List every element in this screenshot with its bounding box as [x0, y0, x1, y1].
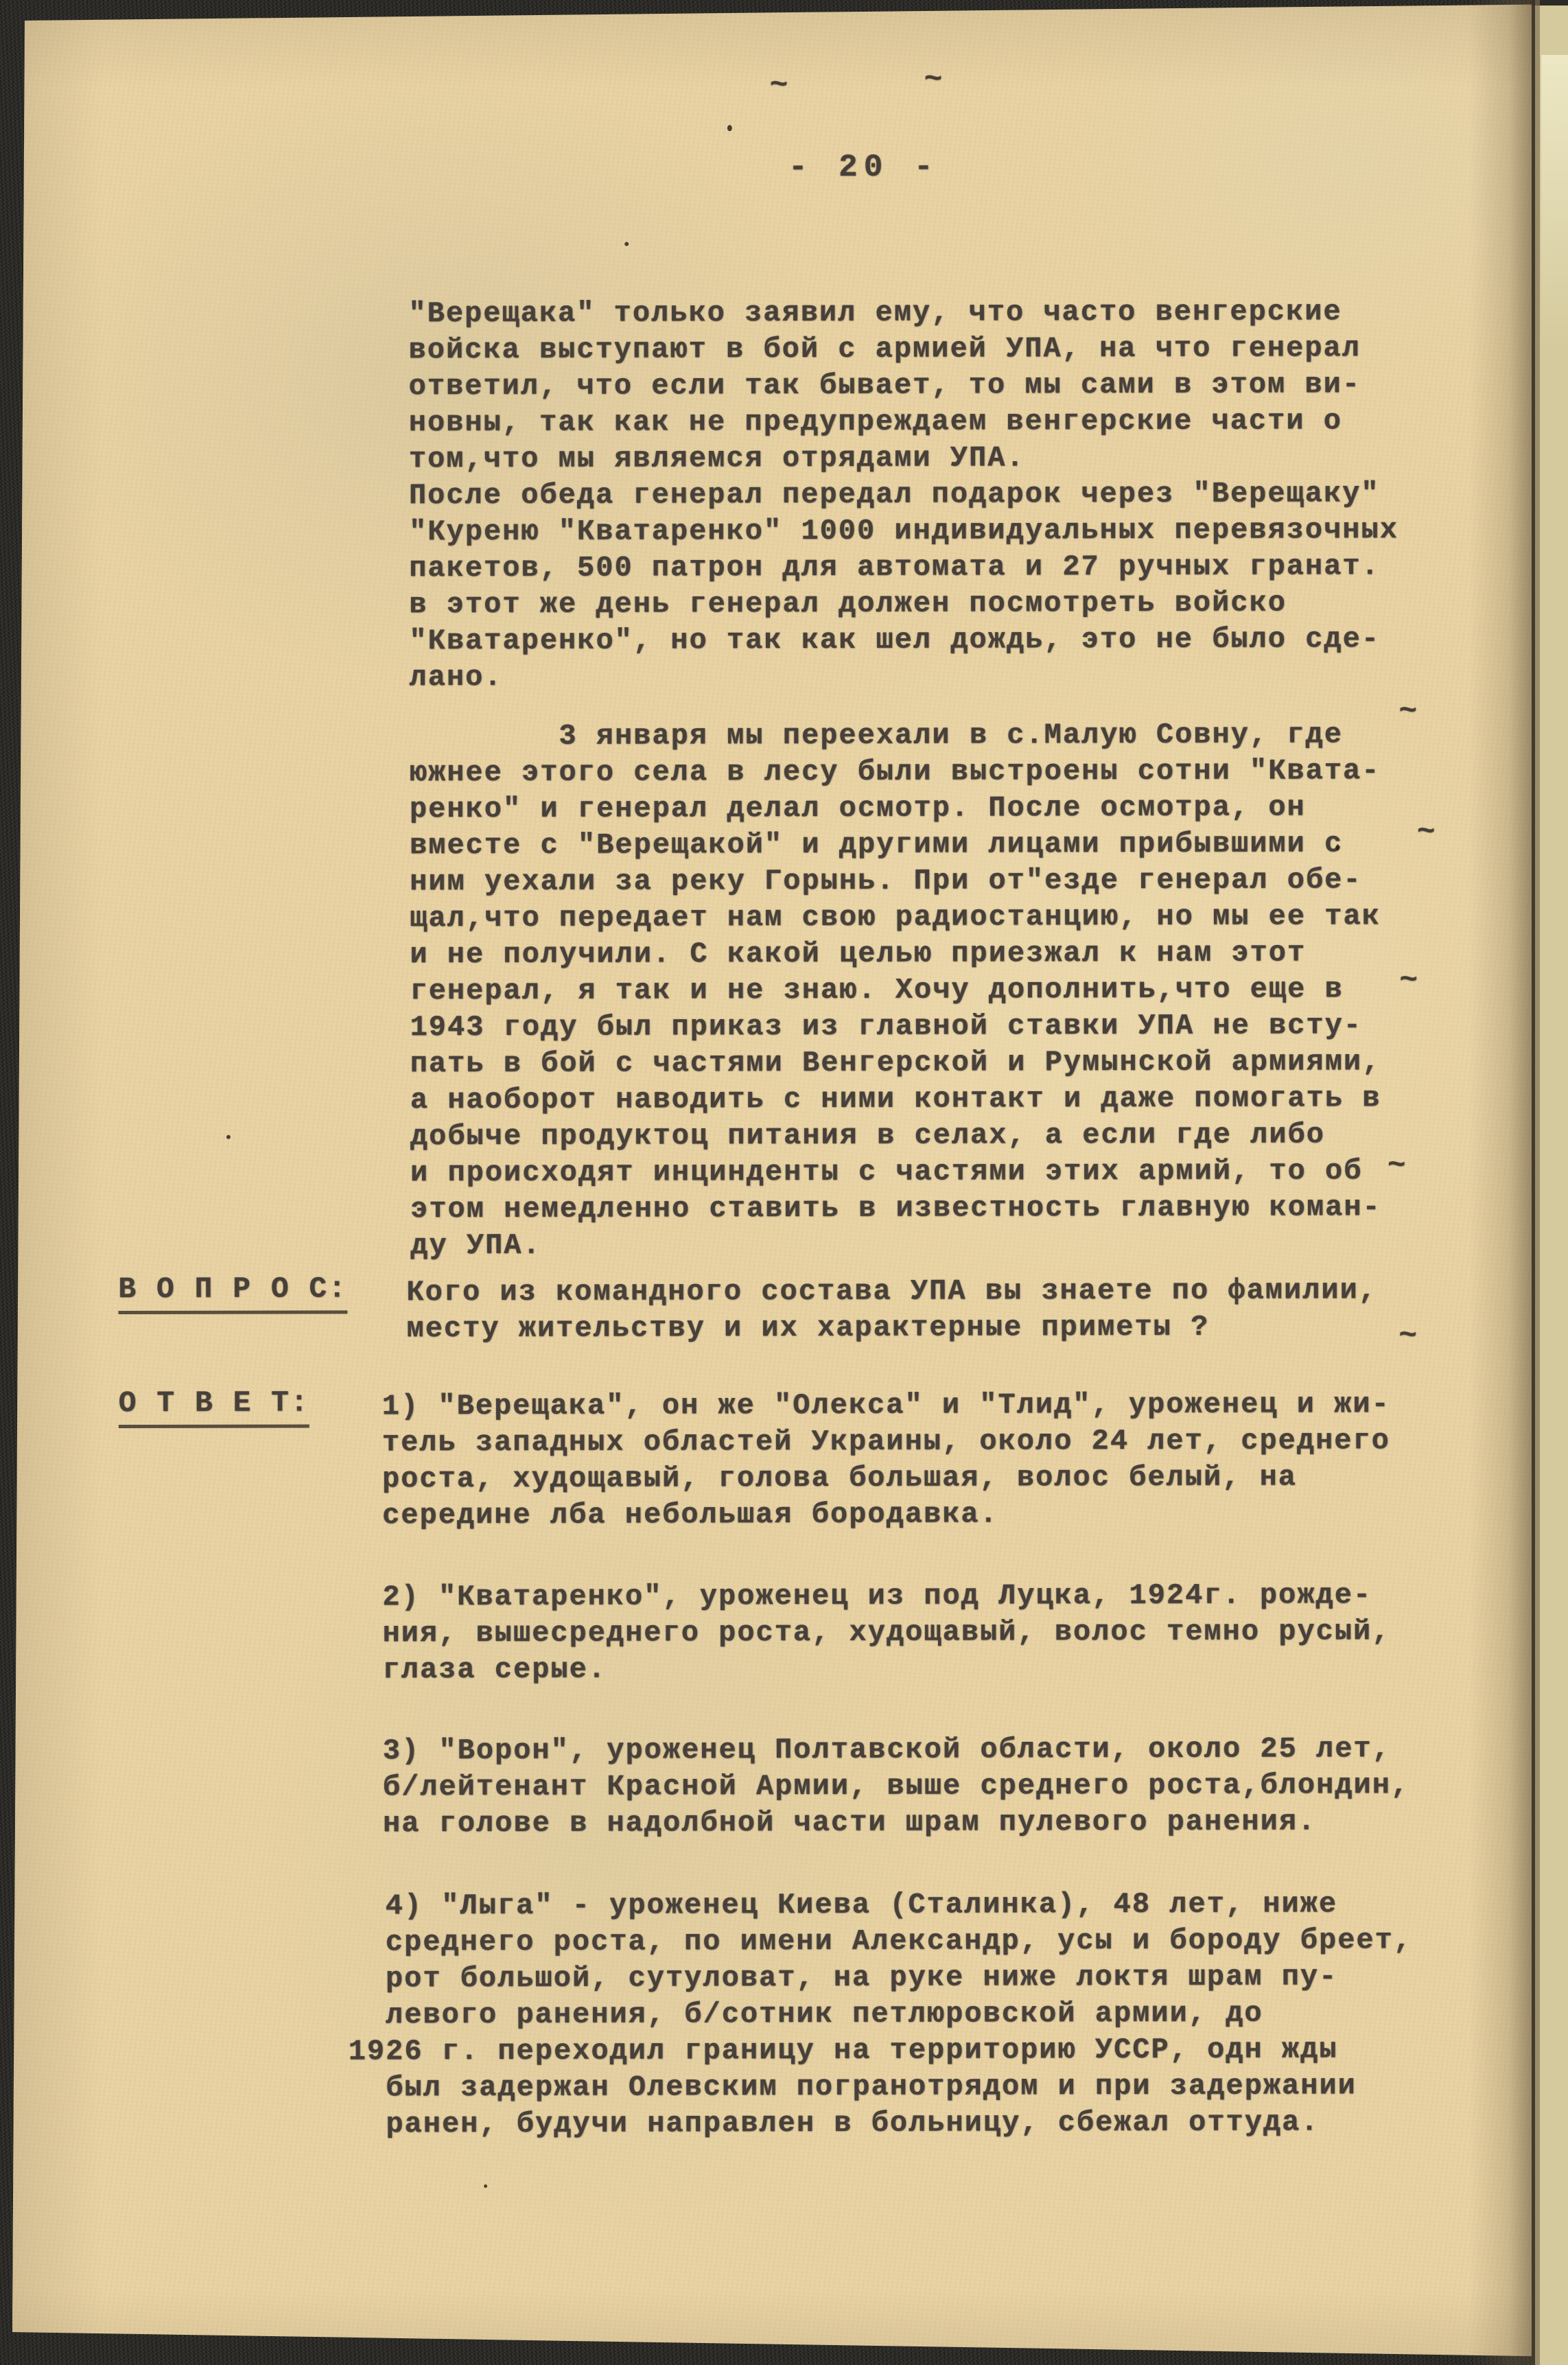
answer-item-2-kvatarenko: 2) "Кватаренко", уроженец из под Луцка, … — [382, 1577, 1390, 1688]
text-line: 3 января мы переехали в с.Малую Совну, г… — [410, 717, 1381, 755]
paragraph-general-gift: После обеда генерал передал подарок чере… — [409, 476, 1399, 696]
page-number: - 20 - — [788, 150, 939, 185]
text-line: и происходят инцинденты с частями этих а… — [410, 1153, 1381, 1191]
text-line: месту жительству и их характерные примет… — [406, 1309, 1377, 1347]
text-line: рот большой, сутуловат, на руке ниже лок… — [348, 1959, 1412, 1997]
text-line: ренко" и генерал делал осмотр. После осм… — [410, 789, 1381, 828]
text-line: лано. — [409, 657, 1399, 696]
text-line: "Кватаренко", но так как шел дождь, это … — [409, 621, 1399, 660]
text-line: войска выступают в бой с армией УПА, на … — [408, 330, 1361, 369]
text-line: ранен, будучи направлен в больницу, сбеж… — [349, 2104, 1413, 2143]
text-line: и не получили. С какой целью приезжал к … — [410, 935, 1381, 973]
text-line: После обеда генерал передал подарок чере… — [409, 476, 1399, 514]
pen-tilde-mark: ~ — [1399, 1319, 1418, 1353]
paper-speck — [624, 242, 629, 246]
text-line: 1943 году был приказ из главной ставки У… — [410, 1007, 1381, 1046]
text-line: левого ранения, б/сотник петлюровской ар… — [349, 1995, 1413, 2034]
text-line: роста, худощавый, голова большая, волос … — [382, 1459, 1390, 1498]
answer-item-3-voron: 3) "Ворон", уроженец Полтавской области,… — [383, 1731, 1410, 1842]
text-line: 1926 г. переходил границу на территорию … — [349, 2031, 1413, 2070]
pen-tilde-mark: ~ — [770, 69, 790, 103]
pen-tilde-mark: ~ — [1388, 1149, 1407, 1183]
text-line: середине лба небольшая бородавка. — [382, 1495, 1390, 1534]
text-line: ния, вышесреднего роста, худощавый, воло… — [382, 1613, 1390, 1652]
text-line: щал,что передает нам свою радиостанцию, … — [410, 898, 1381, 937]
text-line: среднего роста, по имени Александр, усы … — [348, 1922, 1412, 1961]
text-line: южнее этого села в лесу были выстроены с… — [410, 753, 1381, 791]
text-line: ним уехали за реку Горынь. При от"езде г… — [410, 862, 1381, 900]
pen-tilde-mark: ~ — [1399, 695, 1419, 729]
paper-speck — [727, 125, 732, 131]
text-line: в этот же день генерал должен посмотреть… — [409, 585, 1399, 623]
text-line: 3) "Ворон", уроженец Полтавской области,… — [383, 1731, 1409, 1769]
text-line: глаза серые. — [382, 1650, 1390, 1688]
scanned-document: ~ ~ - 20 - "Верещака" только заявил ему,… — [0, 0, 1568, 2365]
text-line: а наоборот наводить с ними контакт и даж… — [410, 1080, 1381, 1119]
text-line: 1) "Верещака", он же "Олекса" и "Тлид", … — [382, 1386, 1390, 1425]
pen-tilde-mark: ~ — [1399, 964, 1419, 998]
text-line: пать в бой с частями Венгерской и Румынс… — [410, 1044, 1381, 1082]
text-line: был задержан Олевским погранотрядом и пр… — [349, 2068, 1413, 2106]
pen-tilde-mark: ~ — [924, 63, 944, 97]
text-line: генерал, я так и не знаю. Хочу дополнить… — [410, 971, 1381, 1010]
paragraph-january-3-inspection: 3 января мы переехали в с.Малую Совну, г… — [410, 717, 1381, 1264]
text-line: б/лейтенант Красной Армии, выше среднего… — [383, 1767, 1409, 1806]
text-line: ду УПА. — [410, 1226, 1381, 1264]
pen-tilde-mark: ~ — [1417, 815, 1437, 850]
question-label: В О П Р О С: — [118, 1272, 347, 1314]
text-line: ответил, что если так бывает, то мы сами… — [409, 366, 1361, 405]
text-line: "Верещака" только заявил ему, что часто … — [408, 294, 1361, 332]
answer-item-1-vereshchaka: 1) "Верещака", он же "Олекса" и "Тлид", … — [382, 1386, 1390, 1534]
text-line: 4) "Лыга" - уроженец Киева (Сталинка), 4… — [348, 1886, 1412, 1924]
paper-speck — [226, 1135, 231, 1139]
text-line: новны, так как не предупреждаем венгерск… — [409, 403, 1361, 441]
paper-speck — [484, 2185, 487, 2188]
paragraph-hungarian-troops: "Верещака" только заявил ему, что часто … — [408, 294, 1361, 478]
text-line: том,что мы являемся отрядами УПА. — [409, 439, 1361, 478]
text-line: этом немедленно ставить в известность гл… — [410, 1189, 1381, 1228]
typewritten-text-layer: ~ ~ - 20 - "Верещака" только заявил ему,… — [0, 0, 1568, 2365]
text-line: на голове в надолбной части шрам пулевог… — [383, 1804, 1409, 1842]
question-text: Кого из командного состава УПА вы знаете… — [406, 1272, 1377, 1347]
text-line: "Куреню "Кватаренко" 1000 индивидуальных… — [409, 512, 1399, 550]
text-line: 2) "Кватаренко", уроженец из под Луцка, … — [382, 1577, 1390, 1616]
text-line: вместе с "Верещакой" и другими лицами пр… — [410, 826, 1381, 864]
answer-label: О Т В Е Т: — [119, 1386, 309, 1428]
text-line: тель западных областей Украины, около 24… — [382, 1423, 1390, 1461]
text-line: Кого из командного состава УПА вы знаете… — [406, 1272, 1377, 1311]
text-line: пакетов, 500 патрон для автомата и 27 ру… — [409, 548, 1399, 587]
paper-speck — [1336, 844, 1339, 850]
text-line: добыче продуктоц питания в селах, а если… — [410, 1117, 1381, 1155]
answer-item-4-lyga: 4) "Лыга" - уроженец Киева (Сталинка), 4… — [348, 1886, 1412, 2143]
